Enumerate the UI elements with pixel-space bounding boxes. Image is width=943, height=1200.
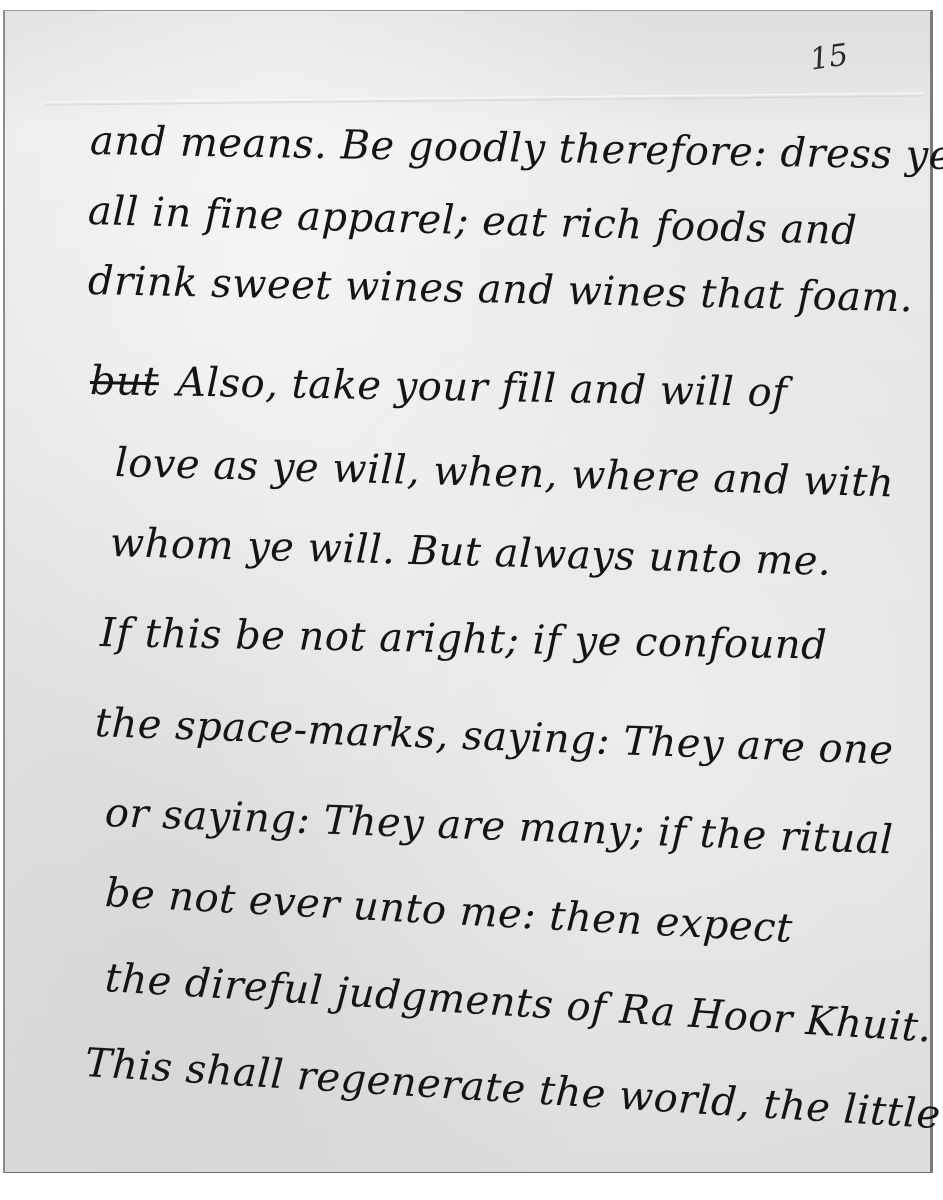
paper-fold-crease <box>45 92 925 105</box>
page-number: 15 <box>808 38 851 78</box>
document-stage: 15 and means. Be goodly therefore: dress… <box>0 0 943 1200</box>
struck-out-word: but <box>90 358 160 405</box>
